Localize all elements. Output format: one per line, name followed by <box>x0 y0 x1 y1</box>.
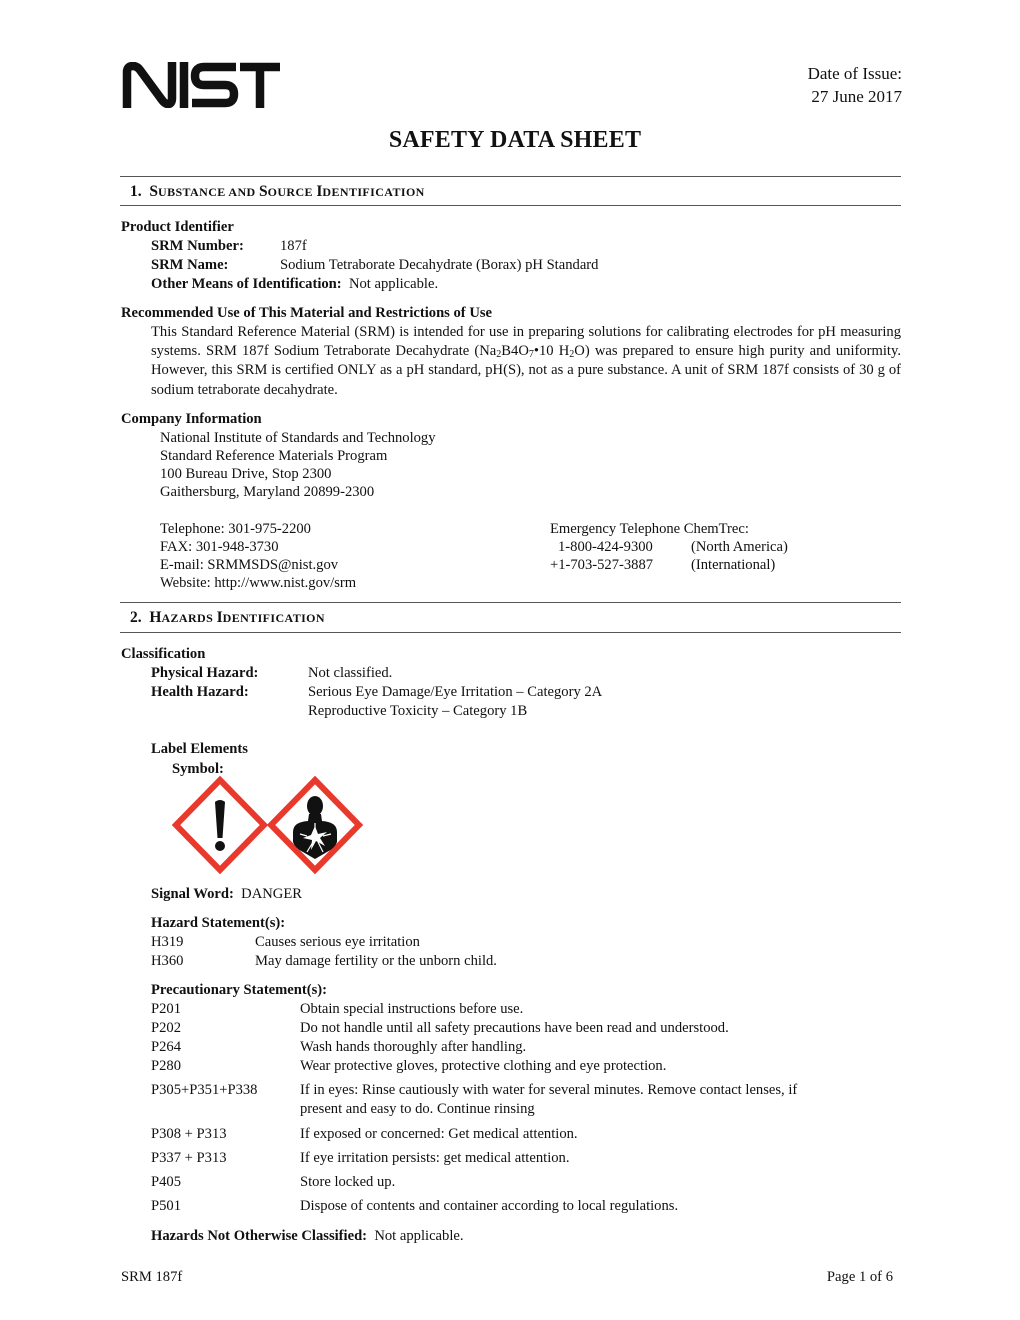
section-divider <box>120 205 901 206</box>
precaution-code: P308 + P313 <box>151 1125 227 1143</box>
srm-name-label: SRM Name: <box>151 256 228 274</box>
precaution-text: Do not handle until all safety precautio… <box>300 1019 729 1037</box>
other-means-label: Other Means of Identification: <box>151 276 342 292</box>
heading-cap: S <box>259 183 268 200</box>
emergency-heading: Emergency Telephone ChemTrec: <box>550 520 749 538</box>
other-means-value: Not applicable. <box>349 276 438 292</box>
precaution-text: Wear protective gloves, protective cloth… <box>300 1057 666 1075</box>
nist-logo <box>122 62 280 108</box>
footer-page-number: Page 1 of 6 <box>827 1268 893 1286</box>
precaution-code: P201 <box>151 1000 181 1018</box>
issue-date-block: Date of Issue: 27 June 2017 <box>808 62 902 108</box>
heading-cap: H <box>149 609 161 626</box>
address-line: Standard Reference Materials Program <box>160 447 387 465</box>
page-title: SAFETY DATA SHEET <box>0 127 1020 154</box>
classification-heading: Classification <box>121 645 205 663</box>
section-divider <box>120 602 901 603</box>
hazard-statement-text: Causes serious eye irritation <box>255 933 420 951</box>
emergency-number-intl: +1-703-527-3887 <box>550 556 653 574</box>
section-divider <box>120 632 901 633</box>
precaution-text: Wash hands thoroughly after handling. <box>300 1038 526 1056</box>
emergency-number-na: 1-800-424-9300 <box>558 538 653 556</box>
website-link[interactable]: Website: http://www.nist.gov/srm <box>160 574 356 592</box>
health-hazard-label: Health Hazard: <box>151 683 249 701</box>
date-of-issue-label: Date of Issue: <box>808 62 902 85</box>
heading-smallcaps: OURCE <box>268 185 317 199</box>
hnoc-row: Hazards Not Otherwise Classified: Not ap… <box>151 1227 464 1245</box>
precautionary-statements-heading: Precautionary Statement(s): <box>151 981 327 999</box>
precaution-text: Store locked up. <box>300 1173 395 1191</box>
precaution-text: If eye irritation persists: get medical … <box>300 1149 570 1167</box>
signal-word-label: Signal Word: <box>151 886 234 902</box>
label-elements-heading: Label Elements <box>151 740 248 758</box>
precaution-text-continued: present and easy to do. Continue rinsing <box>300 1100 535 1118</box>
other-means-row: Other Means of Identification: Not appli… <box>151 275 438 293</box>
exclamation-mark-icon <box>176 780 264 870</box>
product-identifier-heading: Product Identifier <box>121 218 234 236</box>
precaution-text: If in eyes: Rinse cautiously with water … <box>300 1081 797 1099</box>
precaution-code: P337 + P313 <box>151 1149 227 1167</box>
precaution-code: P405 <box>151 1173 181 1191</box>
formula-part: Na <box>479 343 496 359</box>
fax: FAX: 301-948-3730 <box>160 538 279 556</box>
section-2-heading: 2. HAZARDS IDENTIFICATION <box>130 609 325 627</box>
address-line: National Institute of Standards and Tech… <box>160 429 436 447</box>
emergency-region-na: (North America) <box>691 538 788 556</box>
hnoc-value: Not applicable. <box>374 1228 463 1244</box>
precaution-text: Dispose of contents and container accord… <box>300 1197 678 1215</box>
formula-part: •10 H <box>534 343 569 359</box>
precaution-text: If exposed or concerned: Get medical att… <box>300 1125 578 1143</box>
precaution-code: P501 <box>151 1197 181 1215</box>
chemical-formula: Na2B4O7•10 H2O <box>479 343 585 359</box>
signal-word-value: DANGER <box>241 886 302 902</box>
heading-smallcaps: DENTIFICATION <box>223 611 325 625</box>
precaution-text: Obtain special instructions before use. <box>300 1000 523 1018</box>
hazard-statements-heading: Hazard Statement(s): <box>151 914 285 932</box>
heading-smallcaps: DENTIFICATION <box>322 185 424 199</box>
section-number: 2. <box>130 609 142 626</box>
recommended-use-heading: Recommended Use of This Material and Res… <box>121 304 492 322</box>
address-line: Gaithersburg, Maryland 20899-2300 <box>160 483 374 501</box>
emergency-region-intl: (International) <box>691 556 775 574</box>
heading-smallcaps: AZARDS <box>161 611 216 625</box>
health-hazard-icon <box>271 780 359 870</box>
section-number: 1. <box>130 183 142 200</box>
hnoc-label: Hazards Not Otherwise Classified: <box>151 1228 367 1244</box>
physical-hazard-value: Not classified. <box>308 664 392 682</box>
section-divider <box>120 176 901 177</box>
srm-number-value: 187f <box>280 237 307 255</box>
precaution-code: P264 <box>151 1038 181 1056</box>
precaution-code: P305+P351+P338 <box>151 1081 257 1099</box>
section-1-heading: 1. SUBSTANCE AND SOURCE IDENTIFICATION <box>130 183 425 201</box>
email-link[interactable]: E-mail: SRMMSDS@nist.gov <box>160 556 338 574</box>
health-hazard-value: Reproductive Toxicity – Category 1B <box>308 702 527 720</box>
precaution-code: P202 <box>151 1019 181 1037</box>
heading-smallcaps: UBSTANCE AND <box>158 185 259 199</box>
recommended-use-paragraph: This Standard Reference Material (SRM) i… <box>151 323 901 400</box>
date-of-issue-value: 27 June 2017 <box>808 85 902 108</box>
health-hazard-value: Serious Eye Damage/Eye Irritation – Cate… <box>308 683 602 701</box>
heading-cap: S <box>149 183 158 200</box>
nist-logo-icon <box>122 62 280 108</box>
precaution-code: P280 <box>151 1057 181 1075</box>
telephone: Telephone: 301-975-2200 <box>160 520 311 538</box>
srm-name-value: Sodium Tetraborate Decahydrate (Borax) p… <box>280 256 598 274</box>
hazard-statement-code: H360 <box>151 952 183 970</box>
company-info-heading: Company Information <box>121 410 262 428</box>
ghs-pictograms <box>172 776 367 879</box>
footer-srm: SRM 187f <box>121 1268 182 1286</box>
srm-number-label: SRM Number: <box>151 237 244 255</box>
formula-part: O <box>574 343 585 359</box>
formula-part: B4O <box>501 343 529 359</box>
physical-hazard-label: Physical Hazard: <box>151 664 258 682</box>
address-line: 100 Bureau Drive, Stop 2300 <box>160 465 331 483</box>
hazard-statement-text: May damage fertility or the unborn child… <box>255 952 497 970</box>
hazard-statement-code: H319 <box>151 933 183 951</box>
signal-word-row: Signal Word: DANGER <box>151 885 302 903</box>
